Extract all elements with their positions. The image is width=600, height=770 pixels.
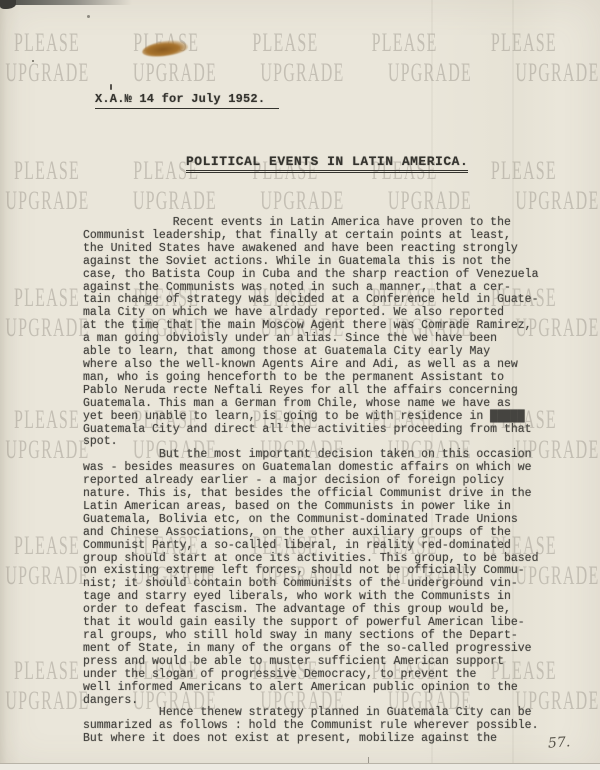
document-body: Recent events in Latin America have prov… xyxy=(83,217,538,746)
paper-speck xyxy=(87,15,90,18)
watermark-upgrade-line: UPGRADE UPGRADE UPGRADE UPGRADE UPGRADE xyxy=(5,186,600,216)
scan-edge-artifact xyxy=(0,0,132,5)
document-reference: X.A.№ 14 for July 1952. xyxy=(95,92,279,109)
paper-speck xyxy=(110,84,112,90)
watermark-upgrade-line: UPGRADE UPGRADE UPGRADE UPGRADE UPGRADE xyxy=(5,58,600,88)
page-number: 57. xyxy=(547,734,570,752)
scan-corner-mark xyxy=(0,0,16,9)
scanned-document-page: PLEASE PLEASE PLEASE PLEASE PLEASE UPGRA… xyxy=(0,0,600,770)
paper-speck xyxy=(32,60,34,62)
document-title: POLITICAL EVENTS IN LATIN AMERICA. xyxy=(186,154,468,173)
scan-bottom-edge xyxy=(0,763,600,770)
